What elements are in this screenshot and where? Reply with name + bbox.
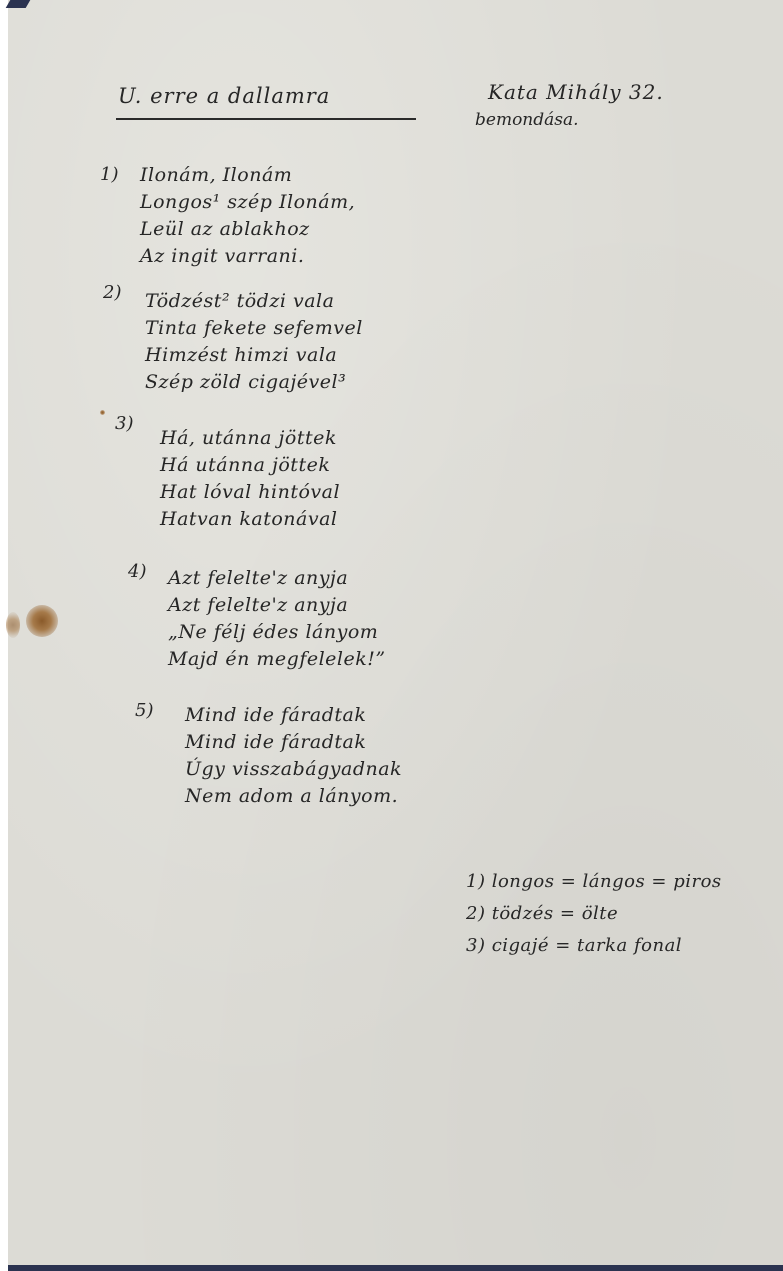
verse-line: Szép zöld cigajével³ bbox=[145, 369, 363, 396]
footnote: 1) longos = lángos = piros bbox=[466, 866, 722, 898]
stanza-number: 2) bbox=[103, 282, 121, 303]
verse-line: Majd én megfelelek!” bbox=[168, 646, 386, 673]
footnote: 2) tödzés = ölte bbox=[466, 898, 722, 930]
manuscript-page bbox=[8, 0, 783, 1265]
verse-line: „Ne félj édes lányom bbox=[168, 619, 386, 646]
stain-edge bbox=[6, 612, 20, 638]
verse-line: Longos¹ szép Ilonám, bbox=[140, 189, 355, 216]
stain-large bbox=[26, 605, 58, 637]
verse-line: Mind ide fáradtak bbox=[185, 729, 402, 756]
scan-bottom-edge bbox=[8, 1265, 783, 1271]
title-underline bbox=[116, 118, 416, 120]
verse-line: Úgy visszabágyadnak bbox=[185, 756, 402, 783]
verse-line: Há utánna jöttek bbox=[160, 452, 340, 479]
stanza-4: 4) Azt felelte'z anyja Azt felelte'z any… bbox=[168, 565, 386, 673]
verse-line: Azt felelte'z anyja bbox=[168, 592, 386, 619]
verse-line: Himzést himzi vala bbox=[145, 342, 363, 369]
verse-line: Az ingit varrani. bbox=[140, 243, 355, 270]
stanza-number: 1) bbox=[100, 164, 118, 185]
stanza-5: 5) Mind ide fáradtak Mind ide fáradtak Ú… bbox=[185, 702, 402, 810]
stanza-number: 3) bbox=[115, 413, 133, 434]
stanza-number: 5) bbox=[135, 700, 153, 721]
stanza-1: 1) Ilonám, Ilonám Longos¹ szép Ilonám, L… bbox=[140, 162, 355, 270]
informant-name: Kata Mihály 32. bbox=[488, 80, 664, 104]
verse-line: Nem adom a lányom. bbox=[185, 783, 402, 810]
informant-note: bemondása. bbox=[475, 110, 579, 130]
verse-line: Tinta fekete sefemvel bbox=[145, 315, 363, 342]
verse-line: Há, utánna jöttek bbox=[160, 425, 340, 452]
verse-line: Hat lóval hintóval bbox=[160, 479, 340, 506]
verse-line: Azt felelte'z anyja bbox=[168, 565, 386, 592]
verse-line: Mind ide fáradtak bbox=[185, 702, 402, 729]
verse-line: Ilonám, Ilonám bbox=[140, 162, 355, 189]
verse-line: Tödzést² tödzi vala bbox=[145, 288, 363, 315]
footnotes: 1) longos = lángos = piros 2) tödzés = ö… bbox=[466, 866, 722, 962]
stanza-3: 3) Há, utánna jöttek Há utánna jöttek Ha… bbox=[160, 425, 340, 533]
page-title: U. erre a dallamra bbox=[118, 84, 330, 108]
verse-line: Hatvan katonával bbox=[160, 506, 340, 533]
stanza-number: 4) bbox=[128, 561, 146, 582]
footnote: 3) cigajé = tarka fonal bbox=[466, 930, 722, 962]
verse-line: Leül az ablakhoz bbox=[140, 216, 355, 243]
stain-small bbox=[100, 410, 105, 415]
stanza-2: 2) Tödzést² tödzi vala Tinta fekete sefe… bbox=[145, 288, 363, 396]
